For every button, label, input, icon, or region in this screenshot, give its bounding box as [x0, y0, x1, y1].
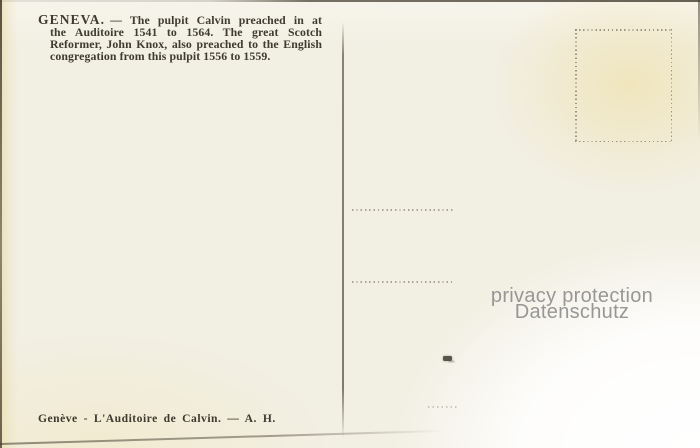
card-left-edge: [0, 0, 2, 448]
faded-address-line: [428, 406, 458, 408]
stamp-box-border-bottom: [575, 141, 672, 143]
divider-line: [342, 22, 344, 438]
description-line-4: congregation from this pulpit 1556 to 15…: [38, 51, 322, 63]
postcard-back-photo: GENEVA.— The pulpit Calvin preached in a…: [0, 0, 700, 448]
postcard-caption: Genève - L'Auditoire de Calvin. — A. H.: [38, 412, 276, 425]
privacy-watermark-line-2: Datenschutz: [431, 304, 700, 320]
stamp-box: [575, 29, 672, 142]
address-line-1: [352, 209, 453, 211]
ink-smudge: [443, 356, 452, 361]
address-line-2: [352, 281, 452, 283]
card-bottom-edge: [0, 430, 445, 445]
postcard-description: GENEVA.— The pulpit Calvin preached in a…: [38, 14, 322, 63]
stamp-box-border-top: [575, 29, 672, 31]
stamp-box-border-right: [671, 29, 673, 142]
stamp-box-border-left: [575, 29, 577, 142]
privacy-watermark: privacy protection Datenschutz: [431, 288, 700, 320]
card-top-edge: [0, 0, 700, 2]
